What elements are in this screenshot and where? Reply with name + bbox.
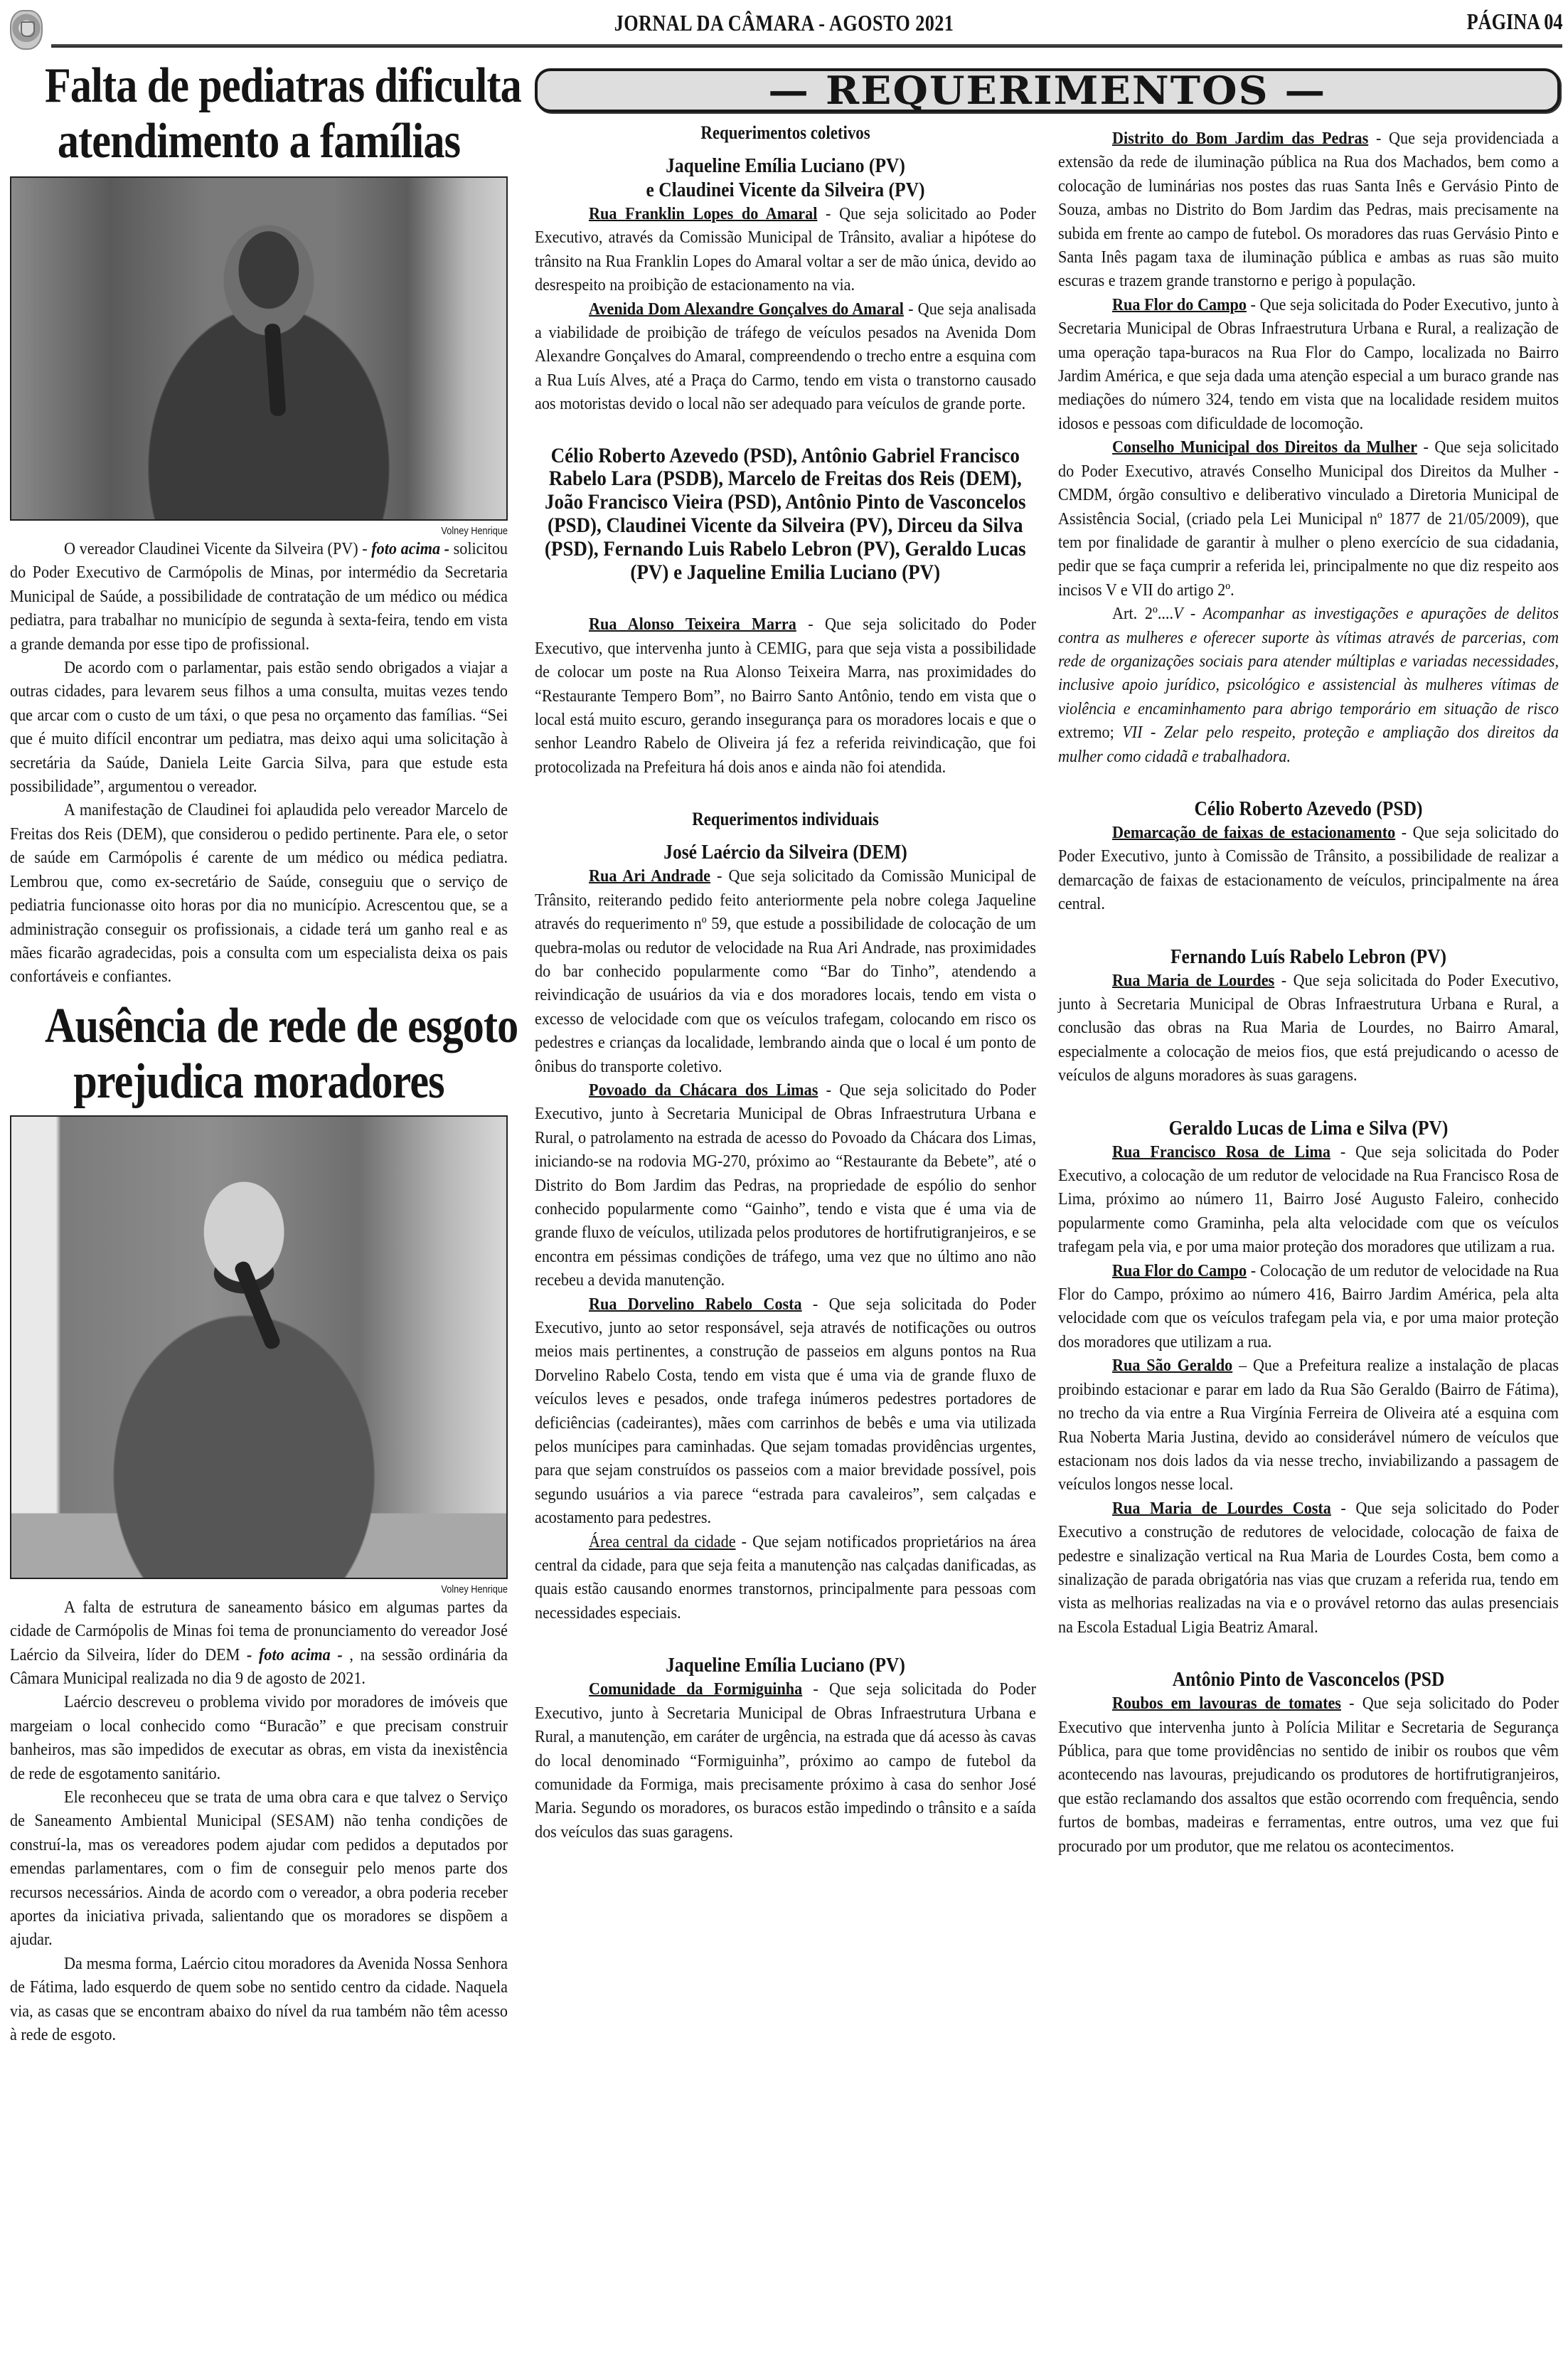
microphone-shape (264, 323, 286, 416)
article-paragraph: A falta de estrutura de saneamento básic… (10, 1595, 508, 1691)
author-heading: Antônio Pinto de Vasconcelos (PSD (1088, 1667, 1529, 1691)
middle-column: Requerimentos coletivos Jaqueline Emília… (535, 121, 1036, 1844)
request-item: Rua Maria de Lourdes Costa - Que seja so… (1058, 1497, 1559, 1639)
author-heading: Jaqueline Emília Luciano (PV) (565, 1653, 1006, 1677)
article-pediatras: Falta de pediatras dificulta atendimento… (10, 58, 508, 989)
photo-jose-laercio (10, 1115, 508, 1579)
article-paragraph: Ele reconheceu que se trata de uma obra … (10, 1785, 508, 1952)
article-paragraph: O vereador Claudinei Vicente da Silveira… (10, 537, 508, 656)
article-headline: Ausência de rede de esgoto prejudica mor… (45, 999, 473, 1110)
request-item: Rua Flor do Campo - Colocação de um redu… (1058, 1259, 1559, 1354)
request-item: Demarcação de faixas de estacionamento -… (1058, 821, 1559, 916)
author-list-heading: Célio Roberto Azevedo (PSD), Antônio Gab… (535, 445, 1035, 585)
publication-title: JORNAL DA CÂMARA - AGOSTO 2021 (141, 10, 1426, 36)
right-column: Distrito do Bom Jardim das Pedras - Que … (1058, 127, 1559, 1858)
photo-credit: Volney Henrique (85, 1583, 508, 1595)
article-headline: Falta de pediatras dificulta atendimento… (45, 58, 473, 169)
request-item: Rua Alonso Teixeira Marra - Que seja sol… (535, 612, 1036, 779)
request-item: Rua Franklin Lopes do Amaral - Que seja … (535, 202, 1036, 297)
masthead: JORNAL DA CÂMARA - AGOSTO 2021 PÁGINA 04 (0, 0, 1568, 50)
author-heading: Célio Roberto Azevedo (PSD) (1088, 797, 1529, 821)
microphone-shape (233, 1259, 282, 1351)
request-item: Roubos em lavouras de tomates - Que seja… (1058, 1691, 1559, 1858)
section-title-individuais: Requerimentos individuais (565, 807, 1006, 832)
requerimentos-banner: — REQUERIMENTOS — (535, 68, 1560, 112)
request-item: Rua Maria de Lourdes - Que seja solicita… (1058, 969, 1559, 1088)
author-heading: Jaqueline Emília Luciano (PV) (565, 154, 1006, 178)
request-item: Rua Francisco Rosa de Lima - Que seja so… (1058, 1140, 1559, 1259)
author-heading: José Laércio da Silveira (DEM) (565, 840, 1006, 864)
header-divider (51, 44, 1562, 48)
article-esgoto: Ausência de rede de esgoto prejudica mor… (10, 999, 508, 2047)
request-item: Rua Flor do Campo - Que seja solicitada … (1058, 293, 1559, 435)
municipal-crest-icon (10, 10, 43, 50)
author-heading: e Claudinei Vicente da Silveira (PV) (565, 178, 1006, 202)
article-paragraph: Da mesma forma, Laércio citou moradores … (10, 1952, 508, 2047)
photo-credit: Volney Henrique (85, 525, 508, 537)
law-excerpt: Art. 2º....V - Acompanhar as investigaçõ… (1058, 602, 1559, 768)
request-item: Rua São Geraldo – Que a Prefeitura reali… (1058, 1354, 1559, 1496)
page-number: PÁGINA 04 (1466, 9, 1562, 35)
section-banner-wrap: — REQUERIMENTOS — (535, 61, 1560, 112)
author-heading: Geraldo Lucas de Lima e Silva (PV) (1088, 1116, 1529, 1140)
photo-claudinei (10, 176, 508, 521)
request-item: Povoado da Chácara dos Limas - Que seja … (535, 1078, 1036, 1292)
article-paragraph: Laércio descreveu o problema vivido por … (10, 1690, 508, 1785)
request-item: Conselho Municipal dos Direitos da Mulhe… (1058, 435, 1559, 602)
request-item: Avenida Dom Alexandre Gonçalves do Amara… (535, 297, 1036, 416)
request-item: Rua Dorvelino Rabelo Costa - Que seja so… (535, 1292, 1036, 1530)
author-heading: Fernando Luís Rabelo Lebron (PV) (1088, 945, 1529, 969)
request-item: Comunidade da Formiguinha - Que seja sol… (535, 1677, 1036, 1844)
request-item: Área central da cidade - Que sejam notif… (535, 1530, 1036, 1625)
request-item: Rua Ari Andrade - Que seja solicitado da… (535, 864, 1036, 1078)
article-paragraph: De acordo com o parlamentar, pais estão … (10, 656, 508, 798)
article-paragraph: A manifestação de Claudinei foi aplaudid… (10, 798, 508, 988)
request-item: Distrito do Bom Jardim das Pedras - Que … (1058, 127, 1559, 293)
section-title-coletivos: Requerimentos coletivos (565, 121, 1006, 145)
left-column: Falta de pediatras dificulta atendimento… (10, 55, 508, 2046)
